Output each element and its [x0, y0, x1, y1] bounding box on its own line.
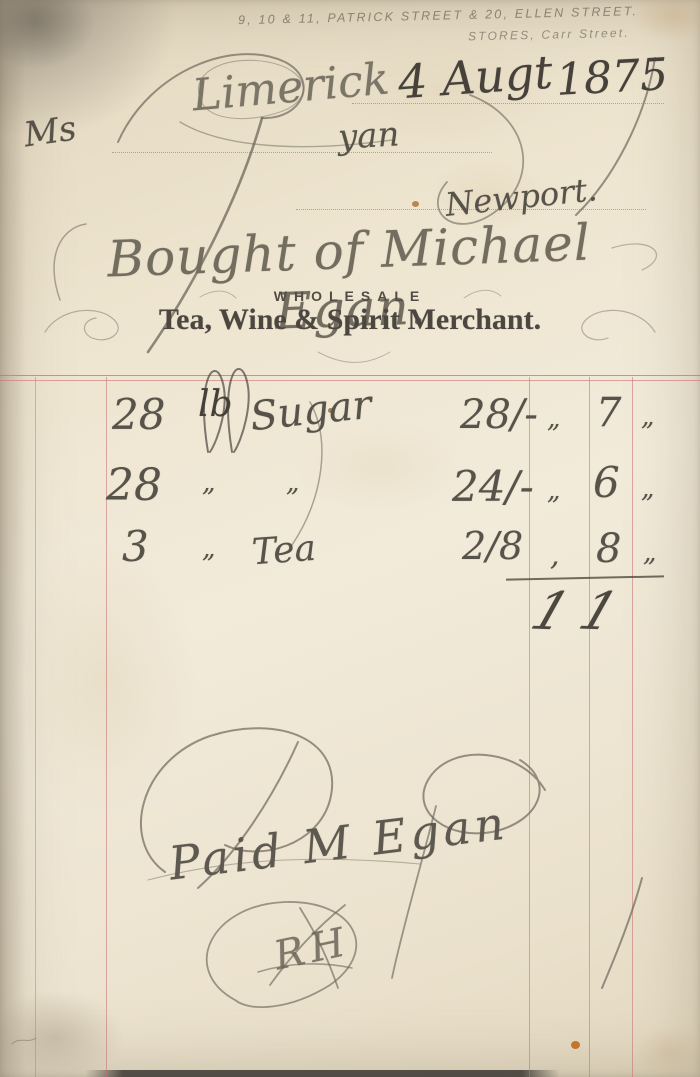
letterhead-stores-line: STORES, Carr Street. — [468, 25, 678, 44]
item-rate: 24/- — [452, 462, 534, 511]
item-quantity: 28 — [106, 460, 162, 511]
stain-mid-left — [0, 540, 200, 820]
item-quantity: 28 — [112, 390, 165, 439]
stain-left-edge — [0, 0, 26, 1077]
scan-bottom-edge — [85, 1070, 560, 1077]
customer-name-fragment: yan — [337, 114, 400, 157]
paid-signature: Paid M Egan — [166, 795, 511, 890]
place-name: Limerick — [190, 53, 391, 121]
pen-flourishes — [0, 0, 700, 1077]
item-shillings: 8 — [596, 526, 621, 572]
clerk-initials: RH — [270, 918, 355, 979]
total-shillings: 1 — [571, 581, 625, 642]
item-shillings: 7 — [596, 390, 621, 436]
item-quantity: 3 — [122, 522, 149, 571]
rust-speck — [571, 1041, 580, 1049]
stain-row1-area — [295, 420, 465, 515]
item-description: Tea — [251, 528, 318, 573]
total-pounds: 1 — [523, 581, 577, 642]
item-pounds: „ — [547, 476, 560, 506]
item-rate: 2/8 — [462, 524, 523, 568]
item-unit: „ — [202, 468, 215, 498]
item-description: Sugar — [248, 382, 374, 440]
item-pounds: , — [550, 538, 560, 573]
item-rate: 28/- — [460, 392, 538, 438]
trade-description: Tea, Wine & Spirit Merchant. — [70, 303, 630, 337]
salutation: Ms — [21, 109, 78, 156]
item-unit: lb — [198, 384, 233, 425]
stain-bottom-right — [635, 1025, 700, 1077]
invoice-paper: 9, 10 & 11, PATRICK STREET & 20, ELLEN S… — [0, 0, 700, 1077]
name-dotted-line — [112, 151, 492, 153]
ledger-top-double-rule — [0, 375, 700, 381]
letterhead-address-line1: 9, 10 & 11, PATRICK STREET & 20, ELLEN S… — [238, 3, 693, 27]
item-pounds: „ — [547, 404, 560, 434]
item-pence: „ — [643, 538, 656, 568]
item-unit: „ — [202, 534, 215, 564]
handwritten-date: 4 Augt — [396, 45, 554, 110]
ledger-margin-rule — [35, 377, 36, 1077]
wholesale-label: WHOLESALE — [250, 288, 450, 304]
item-description: „ — [286, 468, 299, 498]
handwritten-year: 1875 — [555, 49, 670, 106]
ledger-pence-rule — [632, 377, 633, 1077]
item-shillings: 6 — [593, 458, 620, 507]
item-pence: „ — [641, 474, 654, 504]
item-pence: „ — [641, 402, 654, 432]
stain-top-left-dark — [0, 0, 95, 70]
rust-speck — [412, 201, 419, 207]
ledger-shillings-rule — [589, 377, 590, 1077]
